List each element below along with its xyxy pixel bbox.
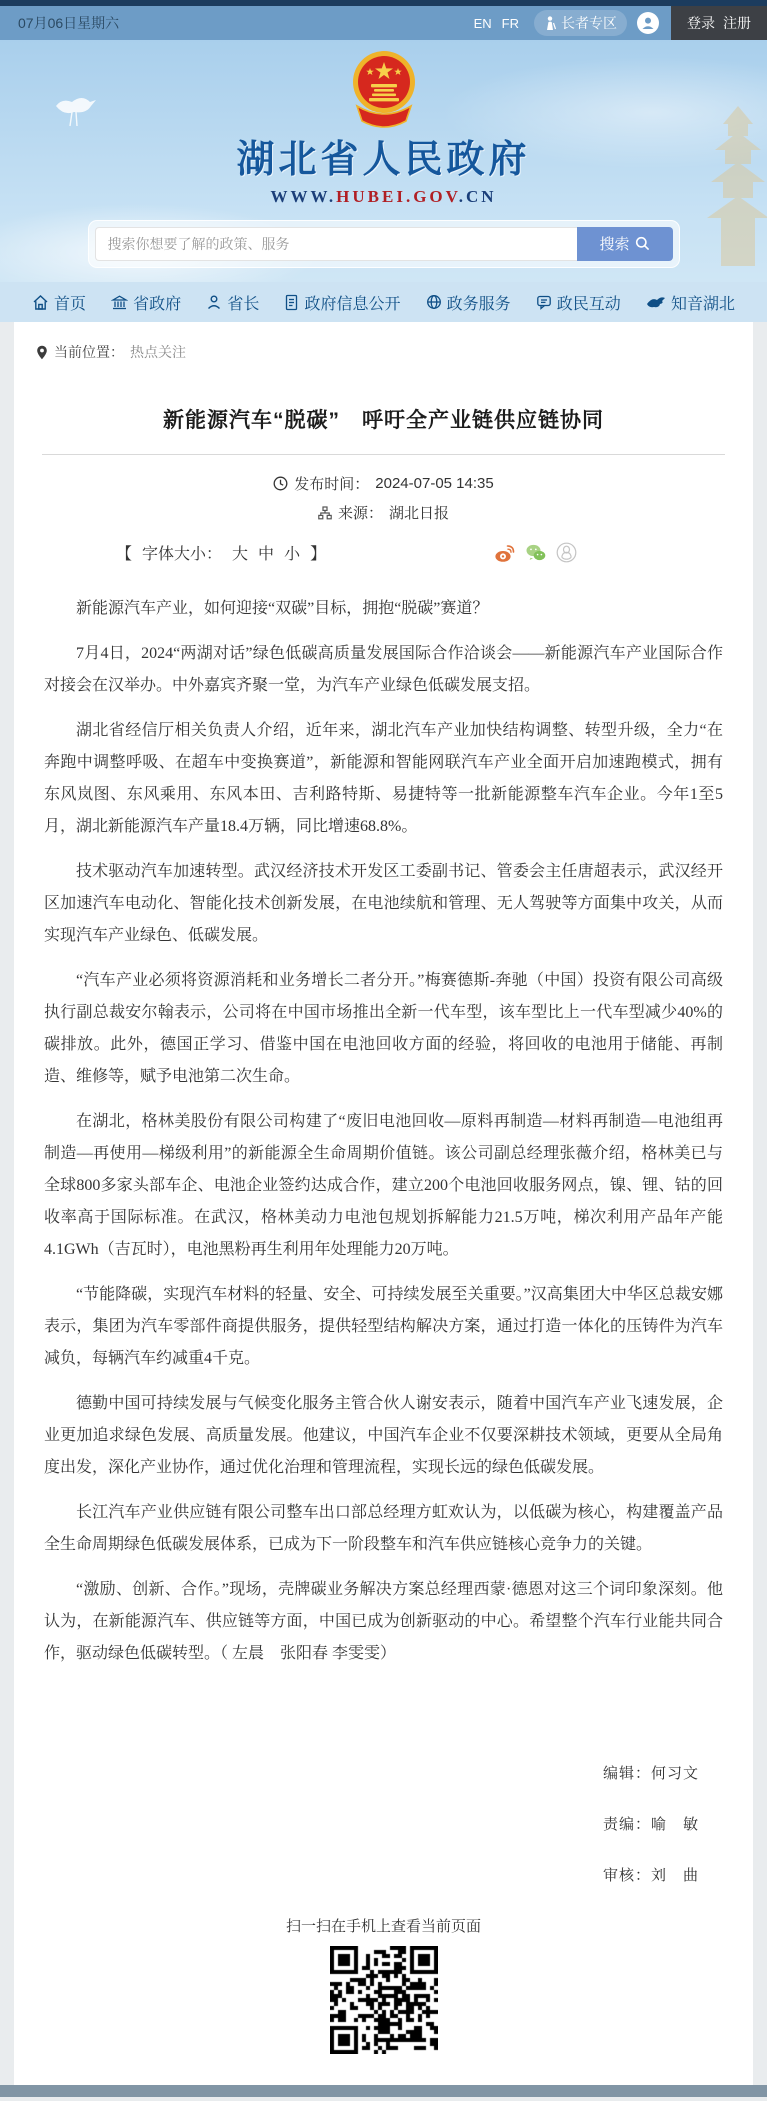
bird-icon — [646, 295, 666, 310]
editor-label: 审核： — [603, 1867, 651, 1884]
qr-code — [330, 1946, 438, 2054]
editor-line: 审核：刘 曲 — [32, 1864, 699, 1885]
article-paragraph: 技术驱动汽车加速转型。武汉经济技术开发区工委副书记、管委会主任唐超表示，武汉经开… — [44, 856, 723, 952]
breadcrumb-current[interactable]: 热点关注 — [130, 342, 186, 362]
site-url-cn: .CN — [459, 187, 497, 206]
login-register-button[interactable]: 登录 注册 — [671, 6, 767, 40]
user-avatar-icon[interactable] — [637, 12, 659, 34]
location-pin-icon — [36, 345, 48, 360]
site-url-domain: HUBEI.GOV — [336, 187, 459, 206]
editor-label: 责编： — [603, 1816, 651, 1833]
editor-label: 编辑： — [603, 1765, 651, 1782]
nav-item-governor[interactable]: 省长 — [206, 291, 259, 314]
article-paragraph: 新能源汽车产业，如何迎接“双碳”目标，拥抱“脱碳”赛道？ — [44, 593, 723, 625]
editor-name: 喻 敏 — [651, 1816, 699, 1833]
breadcrumb-prefix: 当前位置： — [54, 342, 124, 362]
login-label[interactable]: 登录 — [687, 13, 715, 33]
national-emblem-icon — [348, 48, 420, 134]
elder-zone-label: 长者专区 — [561, 13, 617, 33]
chat-icon — [536, 294, 552, 310]
qr-section: 扫一扫在手机上查看当前页面 — [32, 1915, 735, 2059]
top-bar: 07月06日星期六 EN FR 长者专区 登录 注册 — [0, 6, 767, 40]
lang-en-link[interactable]: EN — [474, 16, 492, 31]
source-value: 湖北日报 — [389, 502, 449, 523]
publish-time-value: 2024-07-05 14:35 — [375, 475, 493, 492]
publish-time-label: 发布时间： — [294, 473, 369, 494]
fontsize-bracket-close: 】 — [310, 541, 326, 564]
main-nav: 首页 省政府 省长 政府信息公开 政务服务 政民互动 知音湖北 — [0, 282, 767, 322]
nav-label-interaction: 政民互动 — [557, 291, 621, 314]
pagoda-decoration-icon — [703, 106, 767, 266]
source-line: 来源： 湖北日报 — [32, 502, 735, 523]
nav-item-gov-services[interactable]: 政务服务 — [426, 291, 511, 314]
nav-item-home[interactable]: 首页 — [32, 291, 86, 314]
lang-fr-link[interactable]: FR — [502, 16, 519, 31]
nav-label-governor: 省长 — [227, 291, 259, 314]
nav-item-provincial-gov[interactable]: 省政府 — [111, 291, 181, 314]
home-icon — [32, 294, 49, 311]
site-header: 湖北省人民政府 WWW.HUBEI.GOV.CN 搜索 — [0, 40, 767, 282]
site-url-www: WWW. — [270, 187, 336, 206]
breadcrumb: 当前位置： 热点关注 — [32, 332, 735, 376]
fontsize-bracket-open: 【 — [116, 541, 132, 564]
article-title: 新能源汽车“脱碳” 呼吁全产业链供应链协同 — [62, 404, 705, 434]
site-url: WWW.HUBEI.GOV.CN — [0, 187, 767, 207]
governor-icon — [206, 294, 222, 310]
article-body: 新能源汽车产业，如何迎接“双碳”目标，拥抱“脱碳”赛道？ 7月4日，2024“两… — [32, 568, 735, 1670]
article-paragraph: “汽车产业必须将资源消耗和业务增长二者分开。”梅赛德斯-奔驰（中国）投资有限公司… — [44, 965, 723, 1093]
article-paragraph: 长江汽车产业供应链有限公司整车出口部总经理方虹欢认为，以低碳为核心，构建覆盖产品… — [44, 1497, 723, 1561]
site-title: 湖北省人民政府 — [0, 139, 767, 183]
qr-caption: 扫一扫在手机上查看当前页面 — [32, 1915, 735, 1936]
service-globe-icon — [426, 294, 442, 310]
footer-bar — [0, 2085, 767, 2097]
nav-label-provincial-gov: 省政府 — [133, 291, 181, 314]
crane-decoration-icon — [52, 92, 98, 132]
article-paragraph: “激励、创新、合作。”现场，壳牌碳业务解决方案总经理西蒙·德恩对这三个词印象深刻… — [44, 1574, 723, 1670]
current-date: 07月06日星期六 — [18, 13, 119, 33]
elder-zone-button[interactable]: 长者专区 — [534, 10, 627, 36]
editor-line: 责编：喻 敏 — [32, 1813, 699, 1834]
top-bar-right: EN FR 长者专区 登录 注册 — [469, 6, 767, 40]
nav-item-zhiyin-hubei[interactable]: 知音湖北 — [646, 291, 735, 314]
editor-name: 刘 曲 — [651, 1867, 699, 1884]
publish-time-line: 发布时间： 2024-07-05 14:35 — [32, 473, 735, 494]
toolbar-row: 【 字体大小： 大 中 小 】 — [32, 531, 735, 568]
wechat-share-icon[interactable] — [525, 543, 547, 563]
search-bar: 搜索 — [88, 220, 680, 268]
nav-item-interaction[interactable]: 政民互动 — [536, 291, 621, 314]
fontsize-small-button[interactable]: 小 — [284, 541, 300, 564]
page-background: 当前位置： 热点关注 新能源汽车“脱碳” 呼吁全产业链供应链协同 发布时间： 2… — [0, 322, 767, 2085]
fontsize-label: 字体大小： — [142, 541, 222, 564]
article-paragraph: 湖北省经信厅相关负责人介绍，近年来，湖北汽车产业加快结构调整、转型升级，全力“在… — [44, 715, 723, 843]
editor-name: 何习文 — [651, 1765, 699, 1782]
clock-icon — [273, 476, 288, 491]
search-icon — [635, 236, 650, 251]
nav-label-zhiyin-hubei: 知音湖北 — [671, 291, 735, 314]
article-paragraph: 在湖北，格林美股份有限公司构建了“废旧电池回收—原料再制造—材料再制造—电池组再… — [44, 1106, 723, 1266]
gov-building-icon — [111, 294, 128, 311]
fontsize-control: 【 字体大小： 大 中 小 】 — [116, 541, 326, 564]
editor-line: 编辑：何习文 — [32, 1762, 699, 1783]
search-button[interactable]: 搜索 — [577, 227, 673, 261]
weibo-share-icon[interactable] — [494, 543, 516, 563]
fontsize-large-button[interactable]: 大 — [232, 541, 248, 564]
article-paragraph: “节能降碳，实现汽车材料的轻量、安全、可持续发展至关重要。”汉高集团大中华区总裁… — [44, 1279, 723, 1375]
nav-label-home: 首页 — [54, 291, 86, 314]
fontsize-medium-button[interactable]: 中 — [258, 541, 274, 564]
register-label[interactable]: 注册 — [723, 13, 751, 33]
nav-label-info-disclosure: 政府信息公开 — [304, 291, 400, 314]
search-input[interactable] — [95, 227, 577, 261]
source-icon — [318, 506, 332, 520]
elder-person-icon — [544, 16, 557, 30]
nav-item-info-disclosure[interactable]: 政府信息公开 — [284, 291, 400, 314]
share-icons — [494, 542, 577, 563]
document-icon — [284, 294, 299, 311]
title-divider — [42, 454, 725, 455]
source-label: 来源： — [338, 502, 383, 523]
editor-credits: 编辑：何习文 责编：喻 敏 审核：刘 曲 — [32, 1762, 699, 1885]
search-button-label: 搜索 — [599, 233, 629, 254]
article-paragraph: 7月4日，2024“两湖对话”绿色低碳高质量发展国际合作洽谈会——新能源汽车产业… — [44, 638, 723, 702]
article-paragraph: 德勤中国可持续发展与气候变化服务主管合伙人谢安表示，随着中国汽车产业飞速发展，企… — [44, 1388, 723, 1484]
content-panel: 当前位置： 热点关注 新能源汽车“脱碳” 呼吁全产业链供应链协同 发布时间： 2… — [14, 322, 753, 2085]
nav-label-gov-services: 政务服务 — [447, 291, 511, 314]
qq-share-icon[interactable] — [556, 542, 577, 563]
